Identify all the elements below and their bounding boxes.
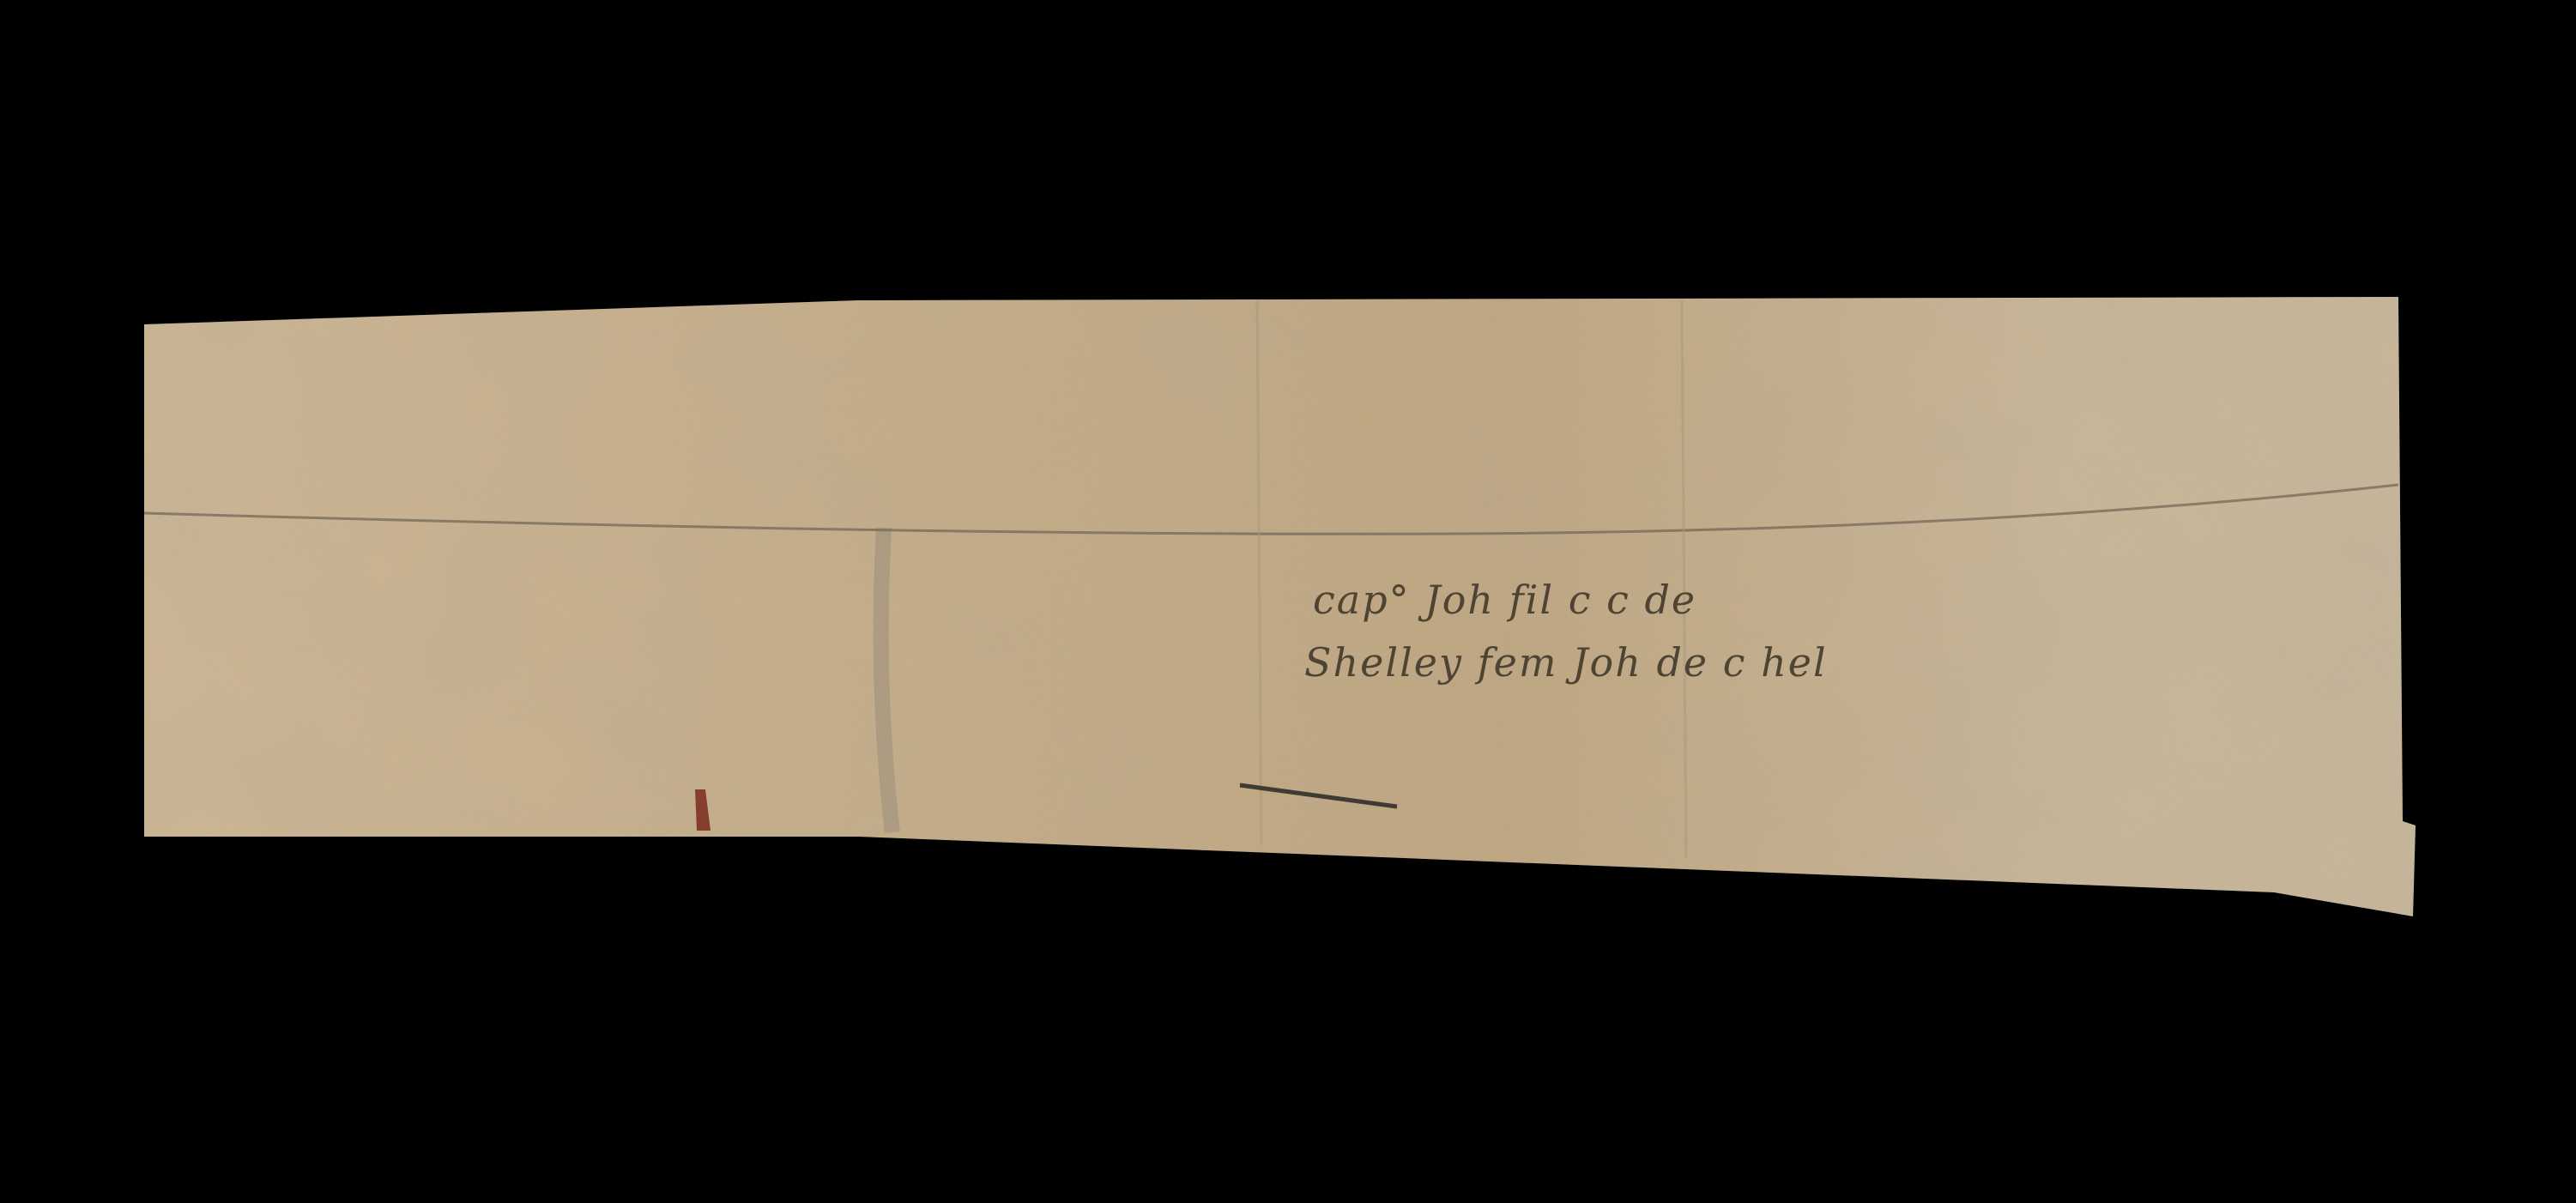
parchment-strip (0, 0, 2576, 1203)
endorsement-line-1: cap° Joh fil c c de (1313, 577, 1696, 623)
endorsement-line-2: Shelley fem Joh de c hel (1304, 639, 1828, 686)
